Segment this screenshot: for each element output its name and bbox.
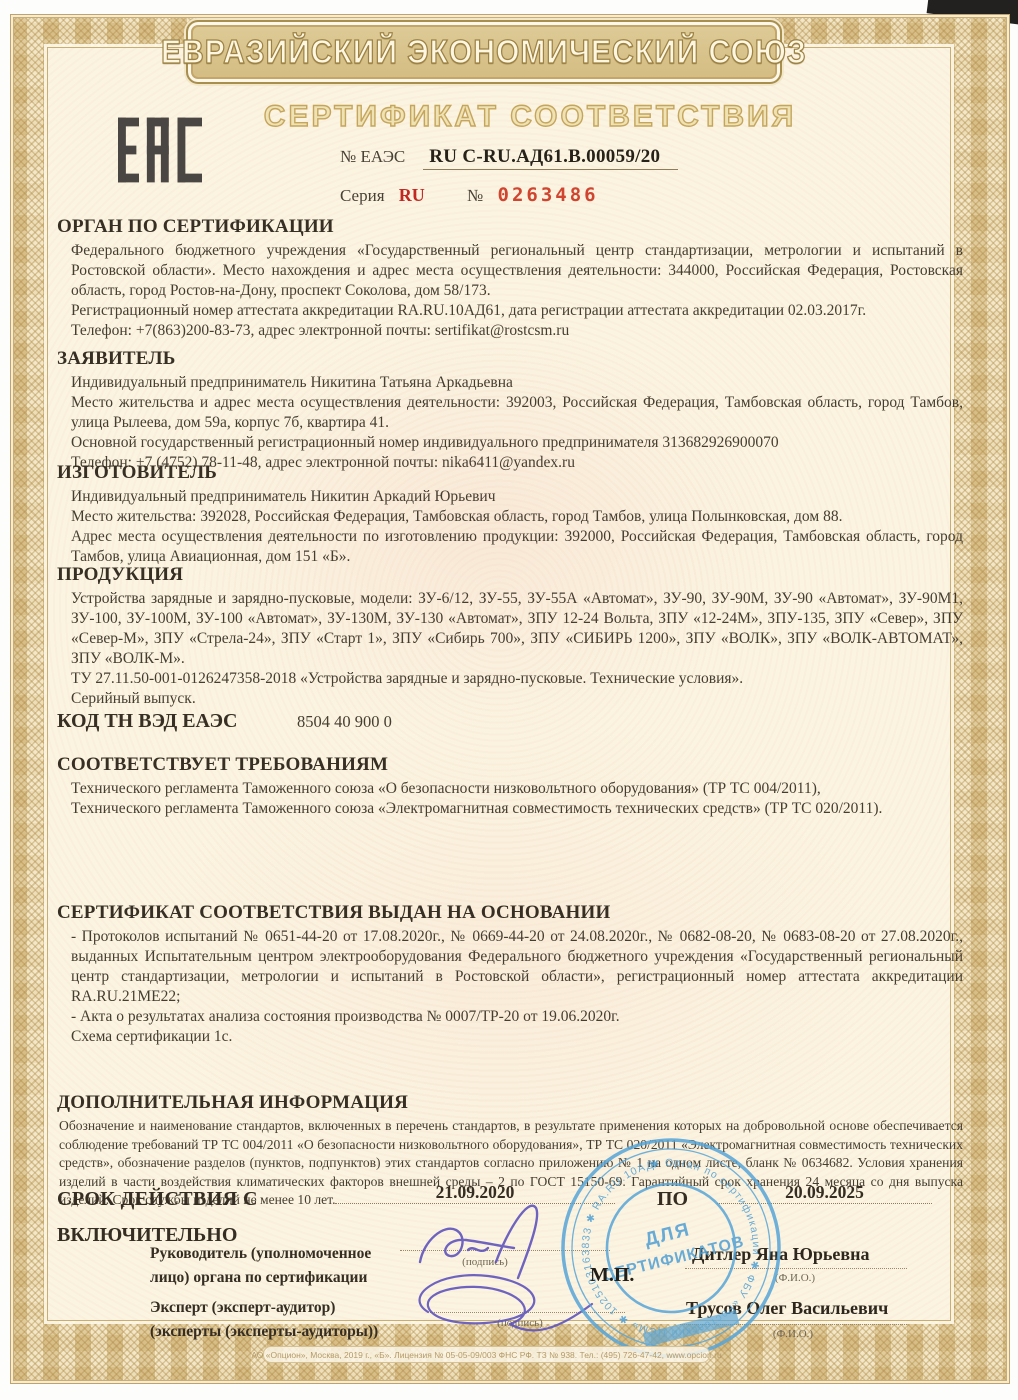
blank-number-value: 0263486 bbox=[498, 184, 599, 206]
printer-imprint-text: АО «Опцион», Москва, 2019 г., «Б». Лицен… bbox=[251, 1350, 721, 1360]
printer-imprint: АО «Опцион», Москва, 2019 г., «Б». Лицен… bbox=[263, 1346, 710, 1363]
section-title: СЕРТИФИКАТ СООТВЕТСТВИЯ ВЫДАН НА ОСНОВАН… bbox=[57, 902, 963, 924]
certificate-number-row: № ЕАЭС RU C-RU.АД61.B.00059/20 bbox=[340, 146, 678, 168]
section-title: ДОПОЛНИТЕЛЬНАЯ ИНФОРМАЦИЯ bbox=[57, 1092, 963, 1114]
stamp-line1: ДЛЯ bbox=[643, 1219, 693, 1251]
section-paragraph: - Акта о результатах анализа состояния п… bbox=[57, 1007, 963, 1027]
section-title: ОРГАН ПО СЕРТИФИКАЦИИ bbox=[57, 216, 963, 238]
validity-from-label: СРОК ДЕЙСТВИЯ С bbox=[57, 1188, 258, 1210]
section-paragraph: Схема сертификации 1с. bbox=[57, 1027, 963, 1047]
section-paragraph: Место жительства и адрес места осуществл… bbox=[57, 393, 963, 433]
union-title: ЕВРАЗИЙСКИЙ ЭКОНОМИЧЕСКИЙ СОЮЗ bbox=[161, 33, 807, 72]
section-applicant: ЗАЯВИТЕЛЬ Индивидуальный предприниматель… bbox=[57, 348, 963, 473]
certificate-number-value: RU C-RU.АД61.B.00059/20 bbox=[423, 146, 678, 170]
section-paragraph: Федерального бюджетного учреждения «Госу… bbox=[57, 241, 963, 301]
section-paragraph: Место жительства: 392028, Российская Фед… bbox=[57, 507, 963, 527]
section-paragraph: Технического регламента Таможенного союз… bbox=[57, 799, 963, 819]
section-issued-basis: СЕРТИФИКАТ СООТВЕТСТВИЯ ВЫДАН НА ОСНОВАН… bbox=[57, 902, 963, 1047]
section-paragraph: Телефон: +7(863)200-83-73, адрес электро… bbox=[57, 321, 963, 341]
blank-number-label: № bbox=[467, 186, 483, 205]
section-paragraph: Серийный выпуск. bbox=[57, 689, 963, 709]
section-certification-body: ОРГАН ПО СЕРТИФИКАЦИИ Федерального бюдже… bbox=[57, 216, 963, 341]
document-title: СЕРТИФИКАТ СООТВЕТСТВИЯ bbox=[250, 100, 810, 134]
section-title: СООТВЕТСТВУЕТ ТРЕБОВАНИЯМ bbox=[57, 754, 963, 776]
tnved-code-label: КОД ТН ВЭД ЕАЭС bbox=[57, 710, 238, 732]
section-title: ИЗГОТОВИТЕЛЬ bbox=[57, 462, 963, 484]
section-paragraph: Устройства зарядные и зарядно-пусковые, … bbox=[57, 589, 963, 669]
expert-signer-label: Эксперт (эксперт-аудитор) (эксперты (экс… bbox=[150, 1296, 385, 1344]
head-signer-label: Руководитель (уполномоченное лицо) орган… bbox=[150, 1242, 400, 1290]
section-manufacturer: ИЗГОТОВИТЕЛЬ Индивидуальный предпринимат… bbox=[57, 462, 963, 567]
certification-stamp: ✱ Орган по сертификации ✱ ФБУ «Ростовски… bbox=[553, 1128, 789, 1368]
section-paragraph: Индивидуальный предприниматель Никитина … bbox=[57, 373, 963, 393]
section-compliance: СООТВЕТСТВУЕТ ТРЕБОВАНИЯМ Технического р… bbox=[57, 754, 963, 819]
series-row: Серия RU № 0263486 bbox=[340, 184, 599, 206]
seal-place-label: М.П. bbox=[590, 1264, 634, 1287]
section-paragraph: Адрес места осуществления деятельности п… bbox=[57, 527, 963, 567]
union-title-plaque: ЕВРАЗИЙСКИЙ ЭКОНОМИЧЕСКИЙ СОЮЗ bbox=[186, 20, 782, 84]
section-title: ПРОДУКЦИЯ bbox=[57, 564, 963, 586]
section-paragraph: Индивидуальный предприниматель Никитин А… bbox=[57, 487, 963, 507]
tnved-code-value: 8504 40 900 0 bbox=[297, 712, 392, 732]
series-label: Серия bbox=[340, 186, 385, 205]
section-paragraph: Технического регламента Таможенного союз… bbox=[57, 779, 963, 799]
section-paragraph: Регистрационный номер аттестата аккредит… bbox=[57, 301, 963, 321]
section-paragraph: ТУ 27.11.50-001-0126247358-2018 «Устройс… bbox=[57, 669, 963, 689]
certificate-scan: ЕВРАЗИЙСКИЙ ЭКОНОМИЧЕСКИЙ СОЮЗ СЕРТИФИКА… bbox=[0, 0, 1018, 1400]
section-paragraph: - Протоколов испытаний № 0651-44-20 от 1… bbox=[57, 927, 963, 1007]
series-value: RU bbox=[399, 185, 425, 205]
eac-mark-icon bbox=[118, 110, 202, 190]
section-products: ПРОДУКЦИЯ Устройства зарядные и зарядно-… bbox=[57, 564, 963, 709]
tnved-code-row: КОД ТН ВЭД ЕАЭС 8504 40 900 0 bbox=[57, 710, 927, 733]
section-paragraph: Основной государственный регистрационный… bbox=[57, 433, 963, 453]
certificate-number-label: № ЕАЭС bbox=[340, 147, 405, 166]
section-title: ЗАЯВИТЕЛЬ bbox=[57, 348, 963, 370]
